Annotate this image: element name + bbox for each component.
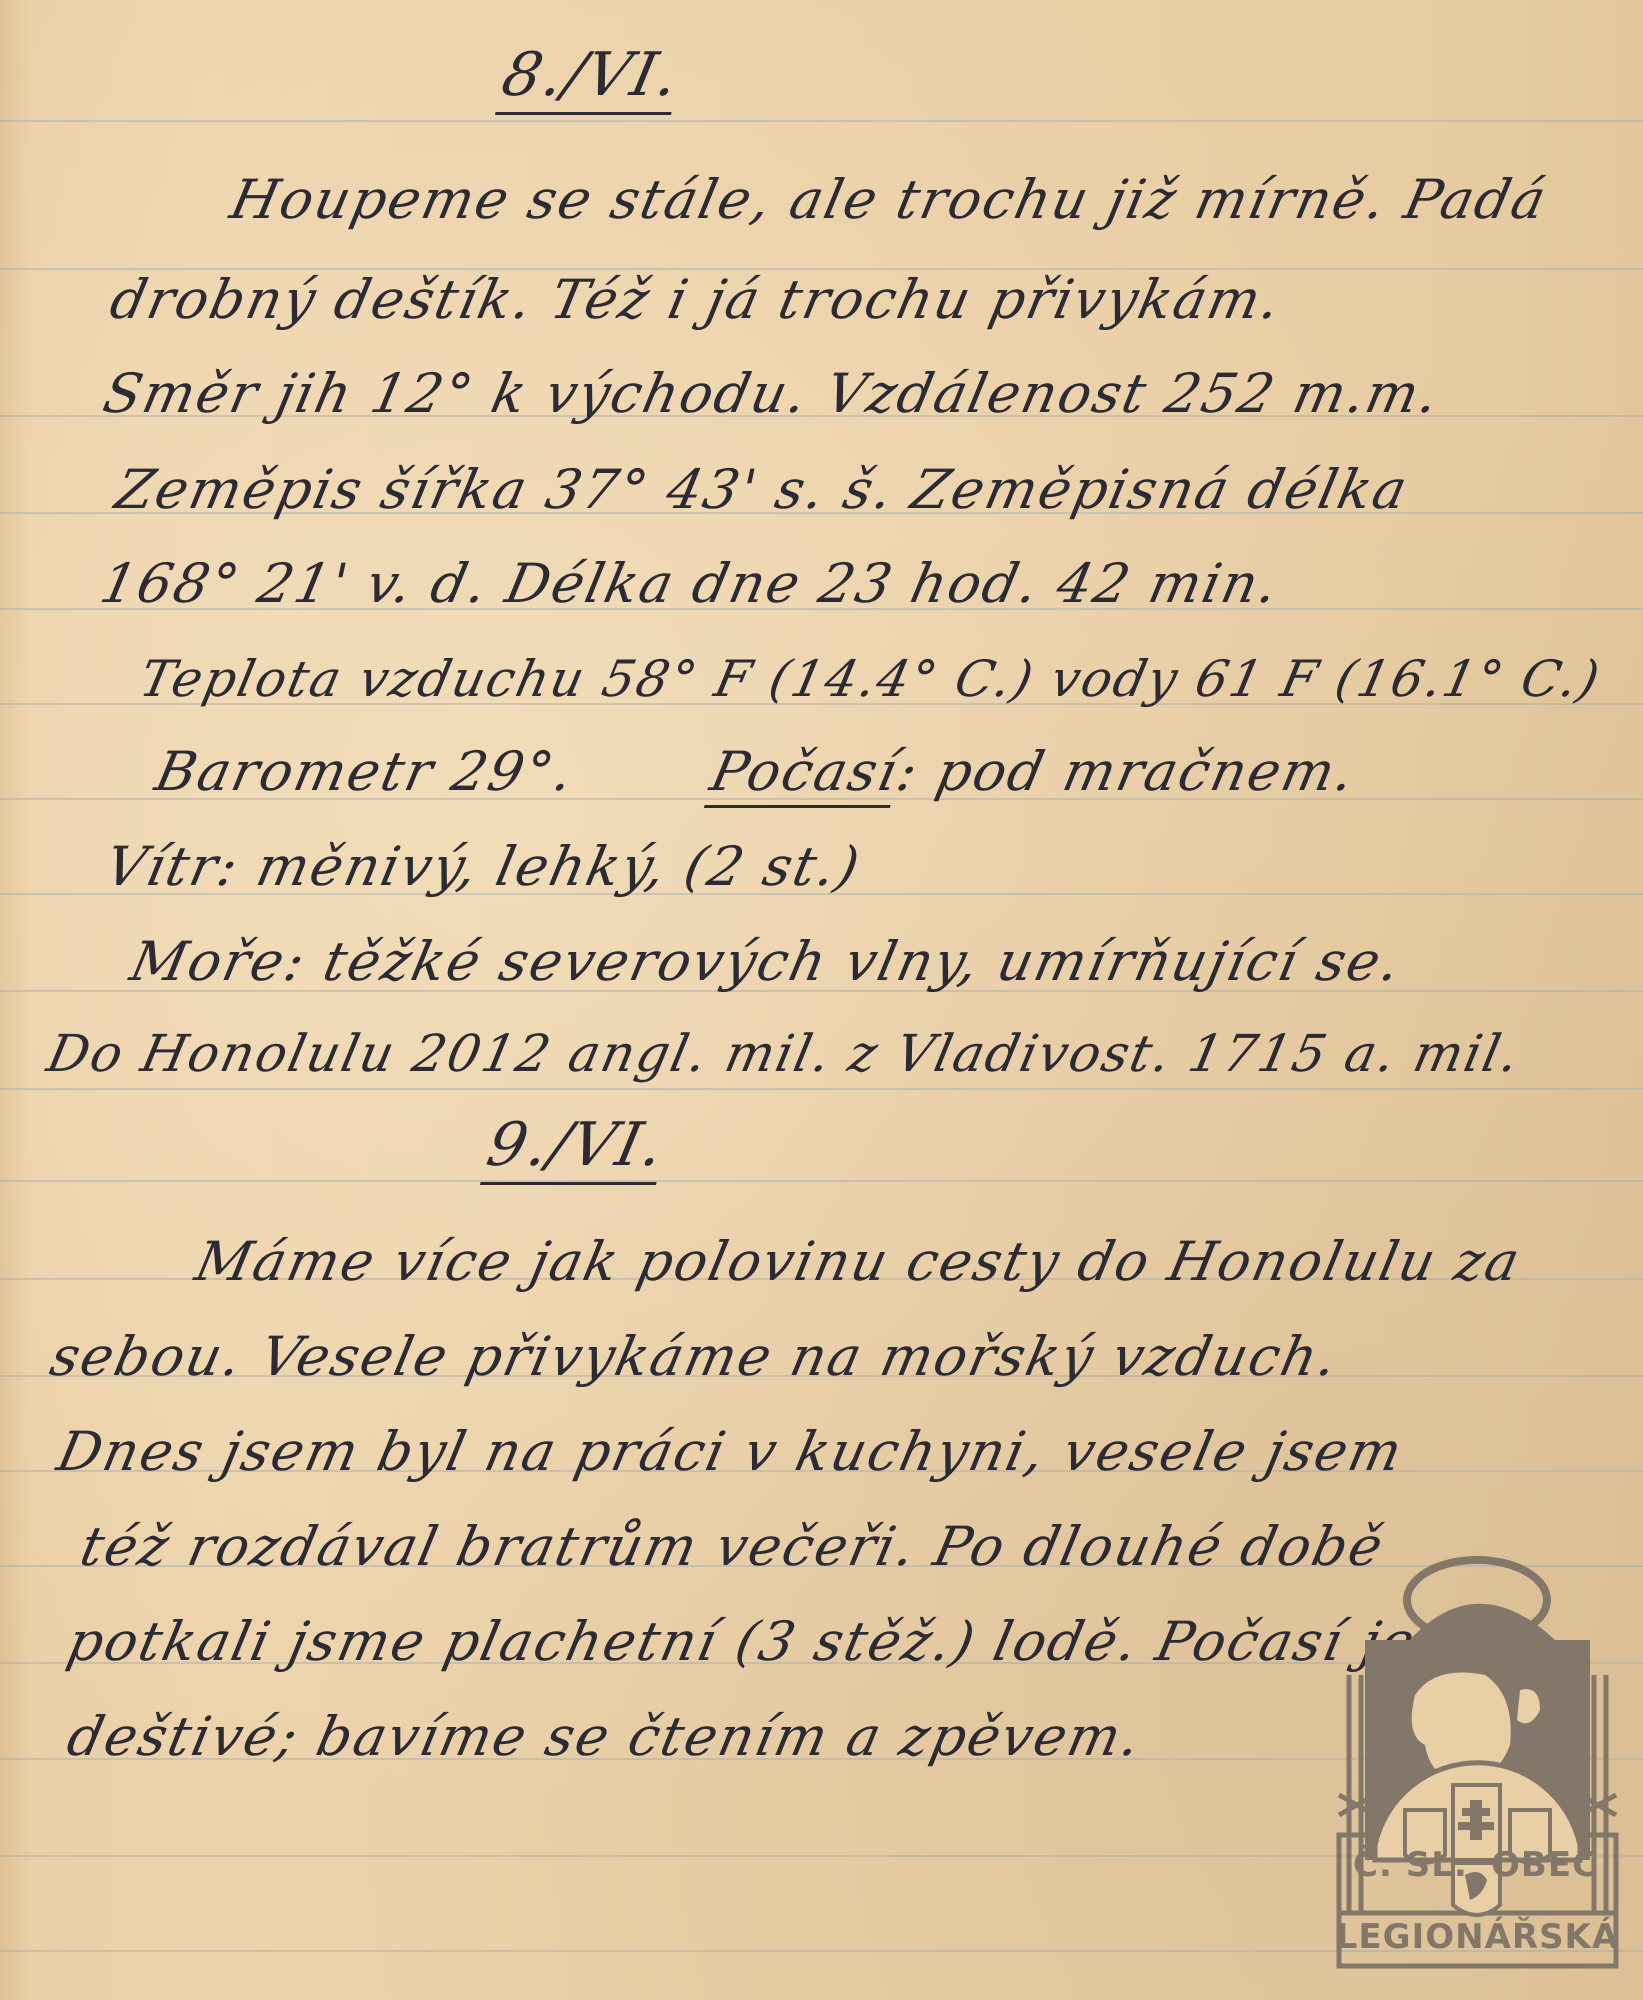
entry-line: Houpeme se stále, ale trochu již mírně. … xyxy=(225,168,1553,231)
stamp-text-right: OBEC xyxy=(1335,1845,1620,1885)
entry-line: drobný deštík. Též i já trochu přivykám. xyxy=(105,268,1287,331)
entry-line: Teplota vzduchu 58° F (14.4° C.) vody 61… xyxy=(135,650,1606,708)
ruled-line xyxy=(0,1088,1643,1090)
weather-value: : pod mračnem. xyxy=(891,740,1361,803)
entry-date: 8./VI. xyxy=(495,40,687,115)
entry-line: Moře: těžké severových vlny, umírňující … xyxy=(125,930,1407,993)
ruled-line xyxy=(0,1180,1643,1182)
entry-line: Zeměpis šířka 37° 43' s. š. Zeměpisná dé… xyxy=(110,458,1414,521)
entry-line: též rozdával bratrům večeři. Po dlouhé d… xyxy=(75,1515,1390,1578)
legionnaire-helmet-coat-of-arms-icon xyxy=(1335,1545,1620,1970)
entry-line: Dnes jsem byl na práci v kuchyni, vesele… xyxy=(52,1420,1409,1483)
entry-line: Máme více jak polovinu cesty do Honolulu… xyxy=(190,1230,1527,1293)
entry-line: potkali jsme plachetní (3 stěž.) lodě. P… xyxy=(62,1610,1475,1673)
legion-stamp: Č. SL. OBEC LEGIONÁŘSKÁ xyxy=(1335,1545,1620,1970)
entry-line: 168° 21' v. d. Délka dne 23 hod. 42 min. xyxy=(95,552,1285,615)
entry-line: sebou. Vesele přivykáme na mořský vzduch… xyxy=(45,1325,1344,1388)
barometer-text: Barometr 29°. xyxy=(150,740,580,803)
entry-line: Směr jih 12° k východu. Vzdálenost 252 m… xyxy=(98,362,1446,425)
ruled-line xyxy=(0,120,1643,122)
entry-line: Barometr 29°. Počasí: pod mračnem. xyxy=(150,740,1361,803)
weather-label: Počasí xyxy=(704,740,905,808)
entry-line: deštivé; bavíme se čtením a zpěvem. xyxy=(62,1705,1148,1768)
entry-line: Vítr: měnivý, lehký, (2 st.) xyxy=(100,835,867,898)
diary-page: 8./VI. Houpeme se stále, ale trochu již … xyxy=(0,0,1643,2000)
entry-date: 9./VI. xyxy=(480,1110,672,1185)
entry-line: Do Honolulu 2012 angl. mil. z Vladivost.… xyxy=(42,1025,1526,1084)
stamp-text-bottom: LEGIONÁŘSKÁ xyxy=(1335,1917,1620,1957)
